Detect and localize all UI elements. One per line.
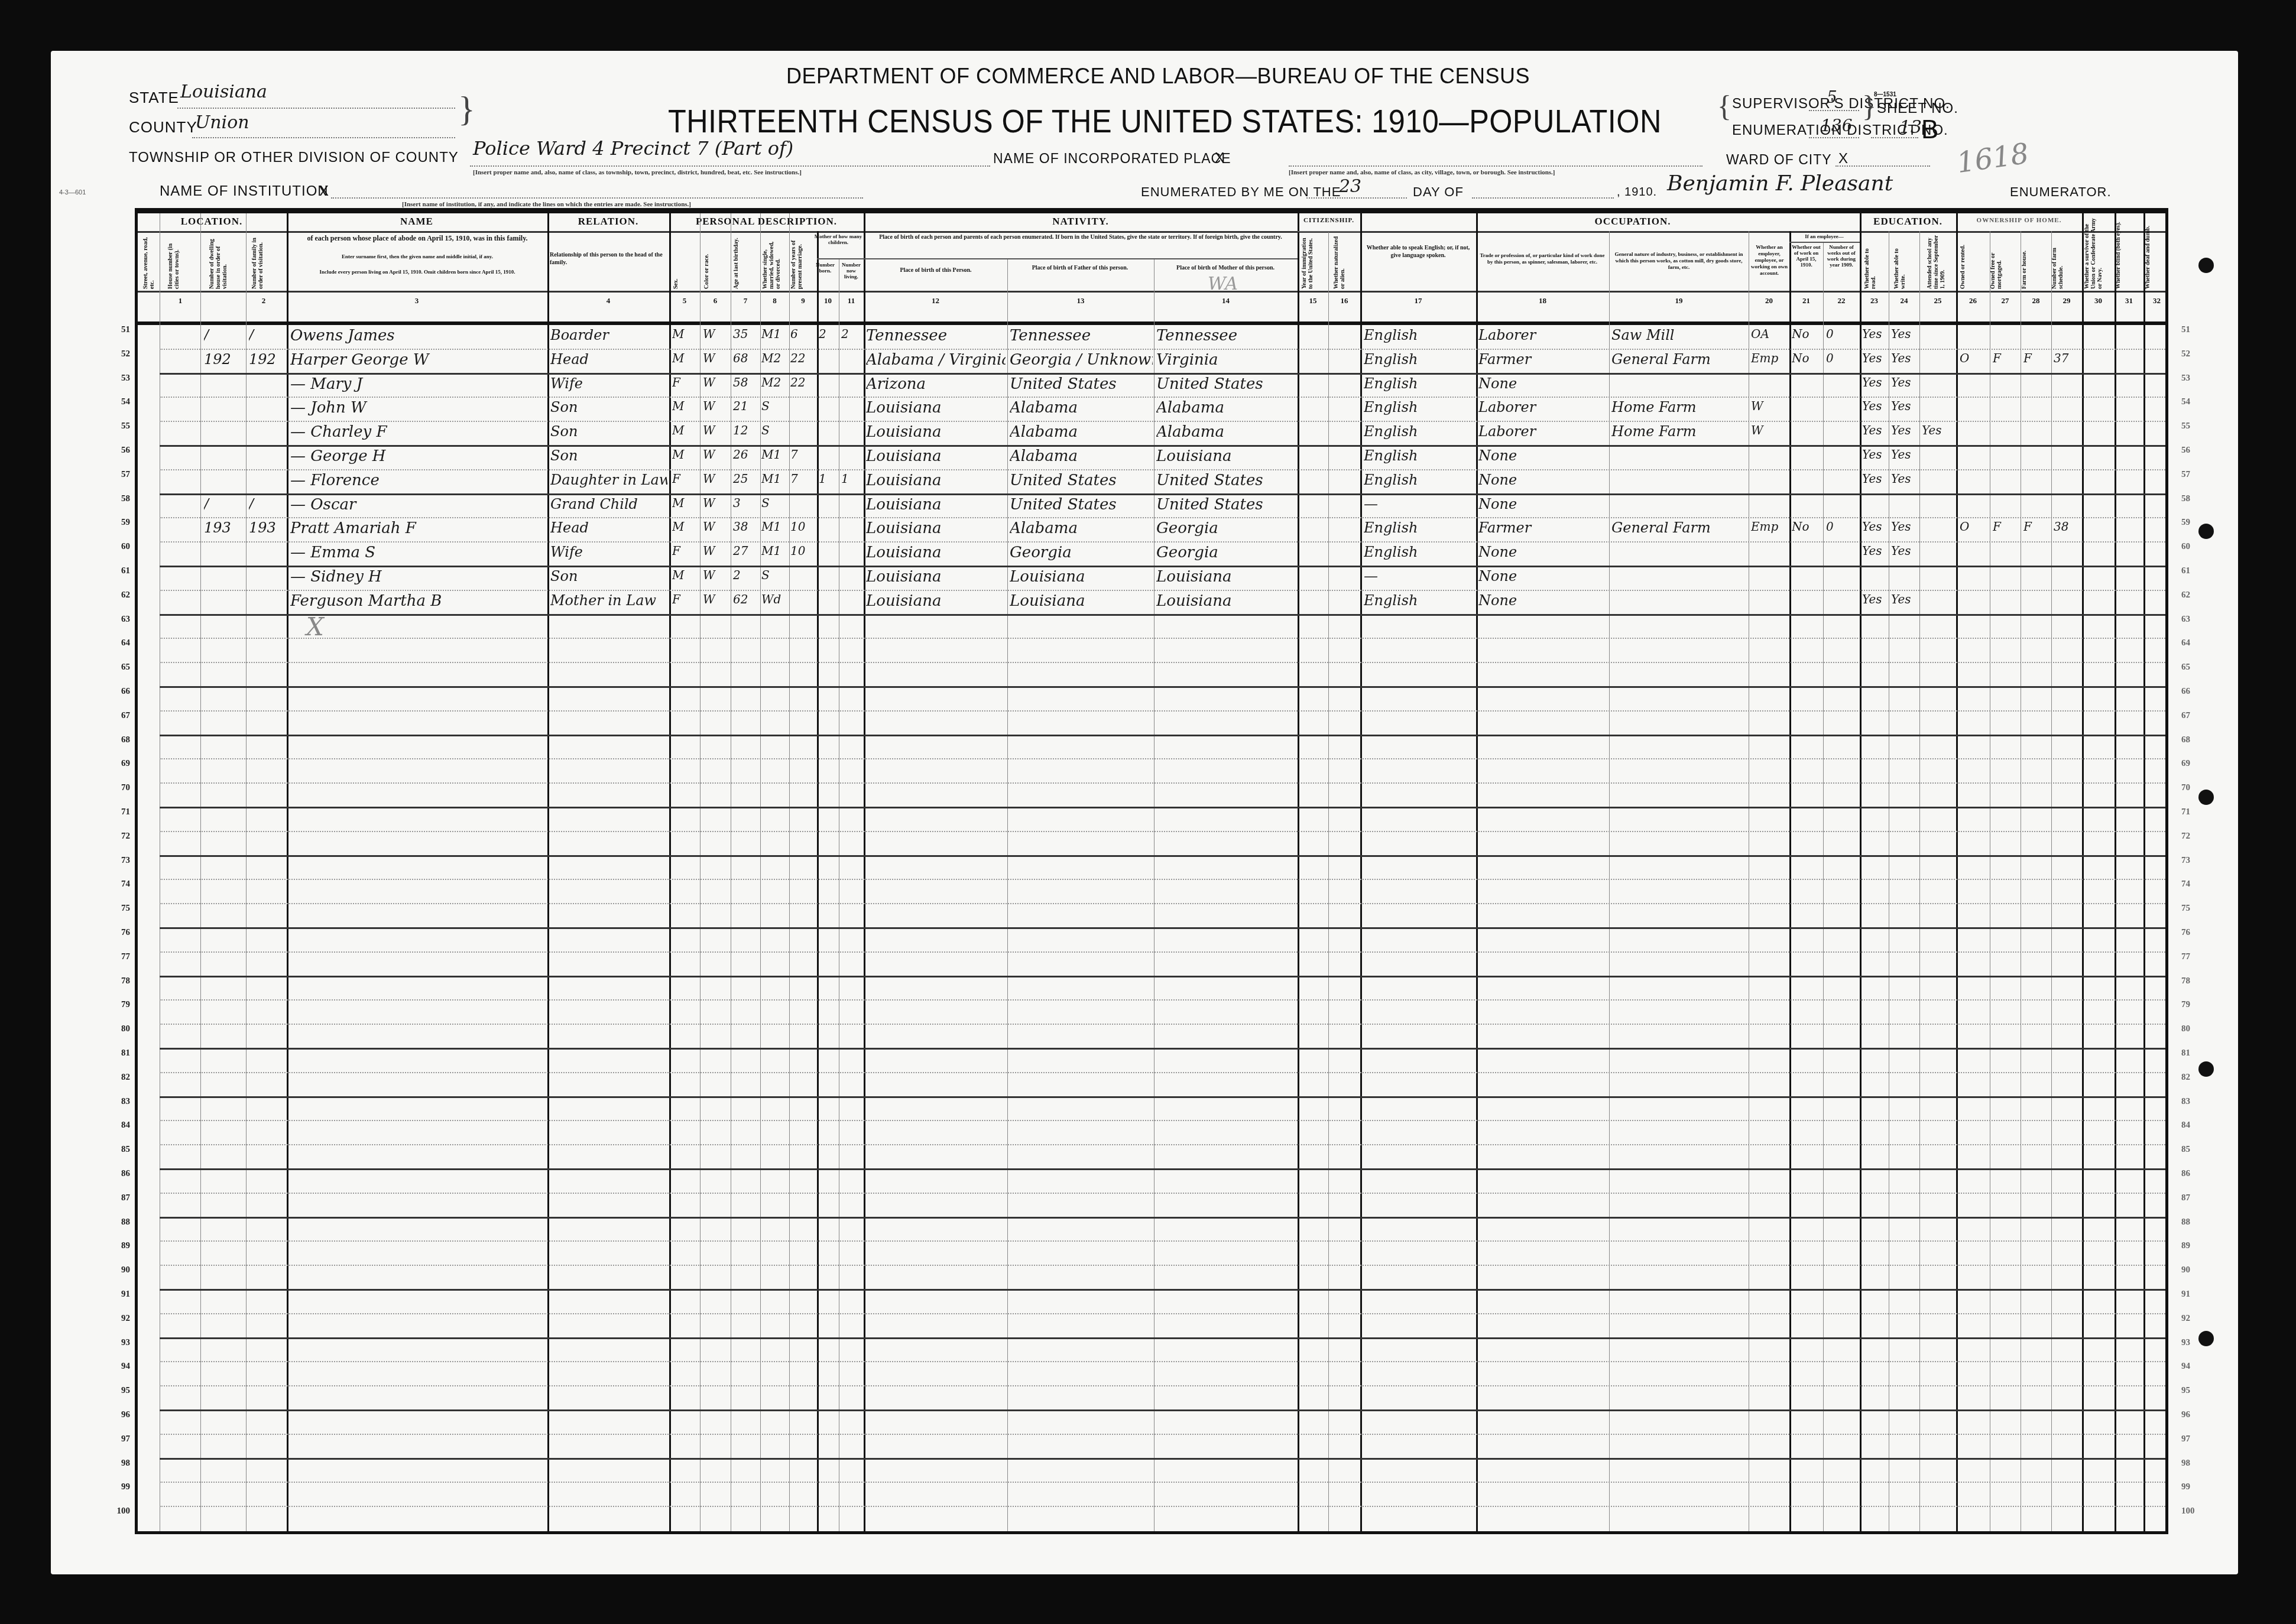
sheet-code: 8—1531: [1874, 92, 1896, 98]
cell-employer: Emp: [1751, 519, 1788, 534]
group-ownership: OWNERSHIP OF HOME.: [1956, 217, 2082, 224]
line-number-right: 98: [2181, 1459, 2205, 1469]
col-num-23: 23: [1860, 296, 1889, 306]
col-rule: [2082, 213, 2084, 1531]
cell-pob-mother: Louisiana: [1156, 568, 1296, 586]
col-num-14: 14: [1154, 296, 1298, 306]
cell-name: — Florence: [290, 472, 546, 489]
line-number-left: 74: [106, 879, 130, 889]
line-number-left: 72: [106, 832, 130, 842]
col-rule: [2021, 231, 2021, 1531]
ward-value: X: [1838, 151, 1848, 167]
col-rule: [1360, 213, 1362, 1531]
cell-english: English: [1364, 472, 1475, 488]
line-number-right: 85: [2181, 1145, 2205, 1155]
desc-immigration: Year of immigration to the United States…: [1301, 235, 1327, 289]
line-number-right: 78: [2181, 976, 2205, 986]
row-rule: [160, 1337, 2165, 1339]
cell-race: W: [703, 568, 729, 582]
cell-trade: None: [1478, 472, 1607, 488]
cell-age: 12: [733, 423, 759, 437]
cell-pob: Louisiana: [866, 519, 1006, 537]
desc-birth-person: Place of birth of this Person.: [866, 267, 1006, 274]
cell-write: Yes: [1891, 399, 1918, 413]
desc-name-instr1: Enter surname first, then the given name…: [290, 254, 544, 260]
col-rule: [287, 213, 288, 1531]
cell-write: Yes: [1891, 351, 1918, 365]
desc-farm-house: Farm or house.: [2021, 235, 2042, 289]
row-rule: [160, 469, 2165, 470]
cell-pob-mother: Tennessee: [1156, 327, 1296, 345]
cell-pob: Arizona: [866, 375, 1006, 393]
line-number-left: 100: [106, 1506, 130, 1516]
cell-write: Yes: [1891, 544, 1918, 558]
department-title: DEPARTMENT OF COMMERCE AND LABOR—BUREAU …: [786, 64, 1530, 89]
group-occupation: OCCUPATION.: [1476, 216, 1789, 228]
line-number-right: 51: [2181, 325, 2205, 335]
line-number-left: 83: [106, 1097, 130, 1107]
cell-race: W: [703, 447, 729, 462]
cell-dwelling: 192: [204, 351, 244, 368]
desc-weeks-out: Number of weeks out of work during year …: [1824, 244, 1859, 268]
line-number-right: 90: [2181, 1265, 2205, 1275]
line-number-left: 63: [106, 615, 130, 625]
col-num-4: 4: [547, 296, 669, 306]
cell-write: Yes: [1891, 592, 1918, 606]
desc-mother-of: Mother of how many children.: [814, 233, 862, 245]
row-rule: [160, 855, 2165, 857]
row-rule: [160, 782, 2165, 784]
institution-value: X: [319, 183, 329, 200]
line-number-left: 53: [106, 373, 130, 384]
col-rule: [1007, 258, 1008, 1531]
col-rule: [2143, 213, 2145, 1531]
row-rule: [160, 976, 2165, 977]
row-rule: [160, 1240, 2165, 1242]
line-number-right: 72: [2181, 832, 2205, 842]
cell-english: English: [1364, 592, 1475, 609]
cell-pob-mother: United States: [1156, 472, 1296, 489]
cell-write: Yes: [1891, 447, 1918, 462]
line-number-right: 70: [2181, 783, 2205, 793]
cell-years: 7: [790, 447, 816, 462]
institution-note: [Insert name of institution, if any, and…: [402, 201, 691, 208]
col-num-30: 30: [2082, 296, 2115, 306]
col-num-5: 5: [669, 296, 700, 306]
township-value: Police Ward 4 Precinct 7 (Part of): [473, 137, 793, 160]
cell-sex: M: [672, 327, 699, 341]
cell-name: Pratt Amariah F: [290, 519, 546, 537]
end-of-entries-mark: X: [306, 612, 324, 641]
cell-family: 193: [249, 519, 286, 536]
year-label: , 1910.: [1617, 186, 1657, 199]
cell-race: W: [703, 472, 729, 486]
desc-age: Age at last birthday.: [733, 237, 747, 289]
row-rule: [160, 1458, 2165, 1460]
line-number-right: 82: [2181, 1073, 2205, 1083]
desc-employer: Whether an employer, employee, or workin…: [1750, 244, 1789, 277]
cell-write: Yes: [1891, 423, 1918, 437]
line-number-right: 81: [2181, 1048, 2205, 1058]
line-number-right: 89: [2181, 1241, 2205, 1251]
row-rule: [160, 1024, 2165, 1025]
line-number-left: 58: [106, 494, 130, 504]
group-personal: PERSONAL DESCRIPTION.: [669, 216, 864, 228]
row-rule: [160, 493, 2165, 495]
col-num-11: 11: [839, 296, 864, 306]
line-number-left: 69: [106, 759, 130, 769]
col-rule: [246, 213, 247, 1531]
cell-age: 68: [733, 351, 759, 365]
row-rule: [160, 662, 2165, 663]
cell-sex: F: [672, 544, 699, 558]
row-rule: [160, 1409, 2165, 1411]
line-number-left: 85: [106, 1145, 130, 1155]
enumerator-signature: Benjamin F. Pleasant: [1667, 171, 1893, 196]
cell-marital: S: [761, 496, 789, 510]
cell-pob-father: United States: [1010, 472, 1153, 489]
cell-race: W: [703, 519, 729, 534]
group-relation: RELATION.: [547, 216, 669, 228]
cell-out: No: [1792, 519, 1821, 534]
row-rule: [160, 903, 2165, 904]
cell-sex: M: [672, 447, 699, 462]
county-underline: [192, 137, 455, 138]
cell-read: Yes: [1862, 472, 1888, 486]
desc-sex: Sex.: [673, 237, 685, 289]
desc-house: House number (in cities or towns).: [167, 235, 191, 289]
cell-mort: F: [1993, 519, 2019, 534]
cell-marital: Wd: [761, 592, 789, 606]
col-rule: [1749, 231, 1749, 1531]
line-number-right: 83: [2181, 1097, 2205, 1107]
institution-underline: [331, 197, 863, 199]
cell-trade: None: [1478, 496, 1607, 512]
line-number-right: 93: [2181, 1338, 2205, 1348]
cell-marital: S: [761, 423, 789, 437]
cell-out: No: [1792, 327, 1821, 341]
ward-label: WARD OF CITY: [1726, 152, 1832, 168]
day-of-label: DAY OF: [1413, 184, 1464, 200]
col-num-20: 20: [1749, 296, 1789, 306]
cell-relation: Daughter in Law: [550, 472, 667, 488]
line-number-right: 63: [2181, 615, 2205, 625]
row-rule: [160, 1289, 2165, 1291]
cell-employer: W: [1751, 423, 1788, 437]
col-rule: [760, 213, 761, 1531]
cell-age: 58: [733, 375, 759, 389]
line-number-right: 75: [2181, 904, 2205, 914]
state-value: Louisiana: [180, 82, 267, 102]
cell-pob-mother: Georgia: [1156, 519, 1296, 537]
cell-english: English: [1364, 375, 1475, 392]
cell-family: 192: [249, 351, 286, 368]
line-number-left: 75: [106, 904, 130, 914]
col-rule: [839, 258, 839, 1531]
cell-farm: F: [2023, 351, 2049, 365]
cell-years: 22: [790, 375, 816, 389]
district-brace-left: {: [1717, 89, 1731, 123]
cell-english: English: [1364, 544, 1475, 560]
cell-pob-father: Alabama: [1010, 447, 1153, 465]
cell-employer: OA: [1751, 327, 1788, 341]
cell-pob-mother: Louisiana: [1156, 447, 1296, 465]
cell-sex: M: [672, 399, 699, 413]
line-number-right: 59: [2181, 518, 2205, 528]
cell-read: Yes: [1862, 399, 1888, 413]
cell-pob-mother: Virginia: [1156, 351, 1296, 369]
line-number-left: 84: [106, 1120, 130, 1131]
line-number-right: 67: [2181, 711, 2205, 721]
cell-age: 25: [733, 472, 759, 486]
month-underline: [1472, 197, 1614, 199]
cell-write: Yes: [1891, 472, 1918, 486]
desc-industry: General nature of industry, business, or…: [1611, 251, 1747, 271]
desc-out-of-work: Whether out of work on April 15, 1910.: [1790, 244, 1822, 268]
desc-living: Number now living.: [839, 262, 863, 280]
line-number-left: 87: [106, 1193, 130, 1203]
col-num-22: 22: [1823, 296, 1860, 306]
cell-years: 7: [790, 472, 816, 486]
cell-sex: M: [672, 568, 699, 582]
cell-name: — Mary J: [290, 375, 546, 393]
cell-race: W: [703, 544, 729, 558]
row-rule: [160, 638, 2165, 639]
cell-sex: M: [672, 519, 699, 534]
cell-pob-mother: Alabama: [1156, 399, 1296, 417]
cell-write: Yes: [1891, 519, 1918, 534]
row-rule: [160, 951, 2165, 953]
desc-color: Color or race.: [703, 237, 715, 289]
line-number-right: 92: [2181, 1314, 2205, 1324]
line-number-left: 73: [106, 856, 130, 866]
line-number-left: 77: [106, 952, 130, 962]
col-num-13: 13: [1007, 296, 1154, 306]
desc-years-married: Number of years of present marriage.: [790, 237, 812, 289]
line-number-right: 64: [2181, 638, 2205, 648]
line-number-left: 99: [106, 1482, 130, 1492]
line-number-left: 91: [106, 1290, 130, 1300]
desc-farm-schedule: Number of farm schedule.: [2051, 235, 2075, 289]
cell-industry: General Farm: [1611, 351, 1747, 368]
cell-pob-mother: United States: [1156, 496, 1296, 514]
cell-read: Yes: [1862, 423, 1888, 437]
cell-pob: Louisiana: [866, 592, 1006, 610]
line-number-left: 59: [106, 518, 130, 528]
cell-relation: Head: [550, 351, 667, 368]
row-rule: [160, 517, 2165, 518]
row-rule: [160, 349, 2165, 350]
col-rule: [1154, 258, 1155, 1531]
col-rule: [200, 213, 201, 1531]
line-number-right: 74: [2181, 879, 2205, 889]
col-num-24: 24: [1889, 296, 1919, 306]
row-rule: [160, 397, 2165, 398]
cell-industry: General Farm: [1611, 519, 1747, 536]
line-number-right: 71: [2181, 807, 2205, 817]
cell-relation: Mother in Law: [550, 592, 667, 609]
cell-trade: None: [1478, 544, 1607, 560]
cell-born: 1: [819, 472, 838, 486]
cell-sex: M: [672, 496, 699, 510]
row-rule: [160, 421, 2165, 422]
col-num-27: 27: [1990, 296, 2021, 306]
cell-pob: Louisiana: [866, 568, 1006, 586]
col-num-12: 12: [864, 296, 1007, 306]
row-rule: [160, 373, 2165, 375]
cell-weeks: 0: [1826, 351, 1858, 365]
desc-blind: Whether blind (both eyes).: [2115, 215, 2141, 289]
cell-trade: None: [1478, 592, 1607, 609]
line-number-right: 73: [2181, 856, 2205, 866]
desc-relation: Relationship of this person to the head …: [550, 251, 667, 267]
line-number-left: 76: [106, 928, 130, 938]
desc-mortgaged: Owned free or mortgaged.: [1990, 235, 2013, 289]
line-number-left: 80: [106, 1024, 130, 1034]
cell-pob-father: Georgia / Unknown: [1010, 351, 1153, 369]
census-title: THIRTEENTH CENSUS OF THE UNITED STATES: …: [668, 102, 1662, 140]
cell-marital: S: [761, 399, 789, 413]
cell-pob: Louisiana: [866, 423, 1006, 441]
cell-weeks: 0: [1826, 327, 1858, 341]
line-number-right: 84: [2181, 1120, 2205, 1131]
line-number-left: 61: [106, 566, 130, 576]
cell-relation: Son: [550, 447, 667, 464]
cell-farm: F: [2023, 519, 2049, 534]
cell-family: /: [249, 496, 286, 512]
line-number-left: 81: [106, 1048, 130, 1058]
line-number-left: 55: [106, 421, 130, 431]
cell-marital: M1: [761, 327, 789, 341]
line-number-right: 79: [2181, 1000, 2205, 1010]
incorporated-note: [Insert proper name and, also, name of c…: [1289, 169, 1555, 176]
cell-employer: Emp: [1751, 351, 1788, 365]
row-rule: [160, 445, 2165, 447]
cell-weeks: 0: [1826, 519, 1858, 534]
row-rule: [160, 735, 2165, 736]
row-rule: [160, 831, 2165, 832]
cell-relation: Boarder: [550, 327, 667, 343]
cell-pob: Louisiana: [866, 544, 1006, 561]
line-number-right: 88: [2181, 1217, 2205, 1227]
cell-pob-father: Alabama: [1010, 423, 1153, 441]
row-rule: [160, 758, 2165, 759]
enumeration-district-value: 136: [1821, 116, 1852, 135]
desc-if-employee: If an employee—: [1790, 233, 1859, 239]
township-underline: [470, 165, 990, 167]
cell-industry: Saw Mill: [1611, 327, 1747, 343]
cell-name: Harper George W: [290, 351, 546, 369]
cell-years: 6: [790, 327, 816, 341]
col-rule: [1328, 231, 1329, 1531]
sheet-underline: [1871, 137, 1918, 138]
cell-age: 26: [733, 447, 759, 462]
cell-trade: Laborer: [1478, 423, 1607, 440]
col-rule: [1476, 213, 1478, 1531]
line-number-left: 97: [106, 1434, 130, 1444]
line-number-left: 62: [106, 590, 130, 600]
line-number-left: 68: [106, 735, 130, 745]
day-underline: [1306, 197, 1407, 199]
line-number-right: 61: [2181, 566, 2205, 576]
col-rule: [669, 213, 671, 1531]
row-rule: [160, 1096, 2165, 1098]
line-number-left: 70: [106, 783, 130, 793]
cell-relation: Wife: [550, 544, 667, 560]
county-label: COUNTY: [129, 118, 197, 137]
col-rule: [2051, 231, 2052, 1531]
line-number-right: 76: [2181, 928, 2205, 938]
ward-underline: [1835, 165, 1930, 167]
line-number-left: 56: [106, 446, 130, 456]
cell-sex: F: [672, 375, 699, 389]
cell-living: 2: [841, 327, 862, 341]
cell-read: Yes: [1862, 351, 1888, 365]
ed-underline: [1809, 137, 1859, 138]
col-rule: [1789, 231, 1791, 1531]
line-number-right: 86: [2181, 1169, 2205, 1179]
incorporated-underline: [1289, 165, 1702, 167]
col-rule: [700, 213, 701, 1531]
cell-read: Yes: [1862, 447, 1888, 462]
group-nativity: NATIVITY.: [864, 216, 1298, 228]
township-label: TOWNSHIP OR OTHER DIVISION OF COUNTY: [129, 150, 459, 166]
cell-sex: F: [672, 592, 699, 606]
cell-race: W: [703, 375, 729, 389]
cell-employer: W: [1751, 399, 1788, 413]
county-value: Union: [195, 112, 249, 133]
col-num-7: 7: [731, 296, 760, 306]
row-rule: [160, 1313, 2165, 1314]
desc-owned: Owned or rented.: [1960, 235, 1981, 289]
cell-pob-mother: Alabama: [1156, 423, 1296, 441]
cell-relation: Son: [550, 399, 667, 415]
col-rule: [160, 213, 160, 1531]
row-rule: [160, 1048, 2165, 1050]
cell-relation: Wife: [550, 375, 667, 392]
line-number-right: 80: [2181, 1024, 2205, 1034]
cell-pob-mother: United States: [1156, 375, 1296, 393]
col-rule: [2115, 213, 2116, 1531]
col-num-31: 31: [2115, 296, 2143, 306]
line-number-right: 57: [2181, 470, 2205, 480]
row-rule: [160, 710, 2165, 712]
cell-age: 38: [733, 519, 759, 534]
line-number-right: 68: [2181, 735, 2205, 745]
cell-pob-mother: Georgia: [1156, 544, 1296, 561]
col-num-19: 19: [1609, 296, 1749, 306]
cell-name: Owens James: [290, 327, 546, 345]
desc-trade: Trade or profession of, or particular ki…: [1477, 252, 1607, 265]
col-num-9: 9: [789, 296, 817, 306]
line-number-right: 65: [2181, 662, 2205, 673]
cell-years: 10: [790, 544, 816, 558]
population-schedule-table: LOCATION. NAME RELATION. PERSONAL DESCRI…: [135, 208, 2168, 1534]
cell-name: Ferguson Martha B: [290, 592, 546, 610]
line-number-left: 60: [106, 542, 130, 552]
col-num-2: 2: [243, 296, 284, 306]
citizenship-rule: [1298, 231, 1360, 232]
line-number-left: 65: [106, 662, 130, 673]
line-number-left: 66: [106, 687, 130, 697]
cell-age: 21: [733, 399, 759, 413]
line-number-left: 51: [106, 325, 130, 335]
cell-relation: Grand Child: [550, 496, 667, 512]
col-num-26: 26: [1956, 296, 1990, 306]
cell-marital: M2: [761, 375, 789, 389]
cell-pob-father: Louisiana: [1010, 592, 1153, 610]
col-num-1: 1: [160, 296, 201, 306]
